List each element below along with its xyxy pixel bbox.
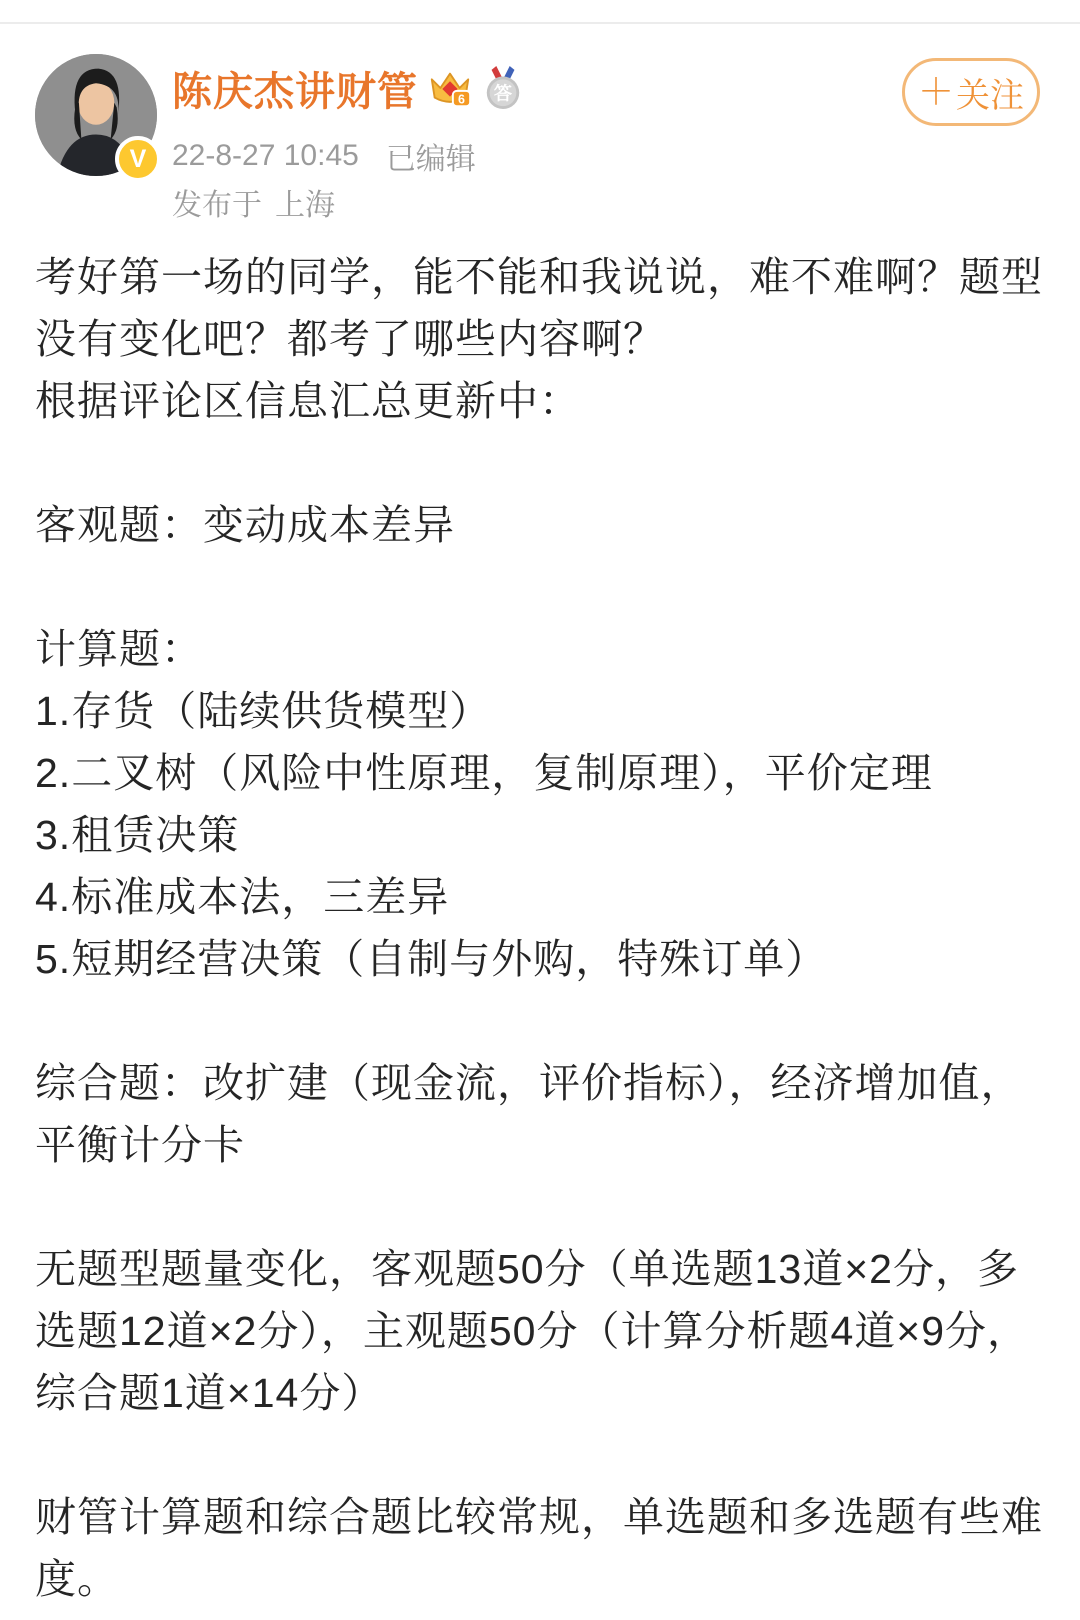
post-blank-line: [35, 432, 1045, 494]
post-paragraph: 2.二叉树（风险中性原理，复制原理），平价定理: [35, 742, 1045, 804]
post-header: V 陈庆杰讲财管 6 答 22-8-27 10:45 已编辑: [0, 0, 1080, 232]
follow-button[interactable]: ＋ 关注: [902, 58, 1040, 126]
vip-crown-icon: 6: [427, 66, 473, 110]
post-paragraph: 财管计算题和综合题比较常规，单选题和多选题有些难度。: [35, 1486, 1045, 1610]
posted-from-label: 发布于: [172, 180, 262, 224]
post-paragraph: 综合题：改扩建（现金流，评价指标），经济增加值，平衡计分卡: [35, 1052, 1045, 1176]
post-paragraph: 3.租赁决策: [35, 804, 1045, 866]
qa-medal-char: 答: [494, 82, 512, 103]
post-blank-line: [35, 1424, 1045, 1486]
weibo-post-card: V 陈庆杰讲财管 6 答 22-8-27 10:45 已编辑: [0, 0, 1080, 1620]
edited-label: 已编辑: [386, 134, 476, 178]
follow-button-label: 关注: [956, 68, 1024, 117]
post-timestamp: 22-8-27 10:45: [172, 139, 359, 173]
post-paragraph: 5.短期经营决策（自制与外购，特殊订单）: [35, 928, 1045, 990]
post-blank-line: [35, 990, 1045, 1052]
username[interactable]: 陈庆杰讲财管: [172, 60, 418, 117]
post-paragraph: 无题型题量变化，客观题50分（单选题13道×2分，多选题12道×2分），主观题5…: [35, 1238, 1045, 1424]
post-meta-row: 22-8-27 10:45 已编辑: [172, 134, 476, 178]
post-paragraph: 客观题：变动成本差异: [35, 494, 1045, 556]
location-name: 上海: [275, 180, 335, 224]
post-paragraph: 考好第一场的同学，能不能和我说说，难不难啊？题型没有变化吧？都考了哪些内容啊？: [35, 246, 1045, 370]
user-name-row: 陈庆杰讲财管 6 答: [172, 62, 524, 114]
post-paragraph: 1.存货（陆续供货模型）: [35, 680, 1045, 742]
verified-badge-letter: V: [130, 145, 147, 174]
post-blank-line: [35, 1176, 1045, 1238]
vip-level-number: 6: [458, 92, 465, 106]
plus-icon: ＋: [918, 74, 954, 110]
qa-medal-icon: 答: [482, 66, 524, 110]
verified-badge-icon: V: [115, 136, 161, 182]
post-paragraph: 根据评论区信息汇总更新中：: [35, 370, 1045, 432]
post-body-text: 考好第一场的同学，能不能和我说说，难不难啊？题型没有变化吧？都考了哪些内容啊？根…: [0, 232, 1080, 1610]
user-avatar[interactable]: V: [35, 54, 157, 176]
post-blank-line: [35, 556, 1045, 618]
post-paragraph: 4.标准成本法，三差异: [35, 866, 1045, 928]
post-location-row: 发布于 上海: [172, 180, 335, 224]
post-paragraph: 计算题：: [35, 618, 1045, 680]
